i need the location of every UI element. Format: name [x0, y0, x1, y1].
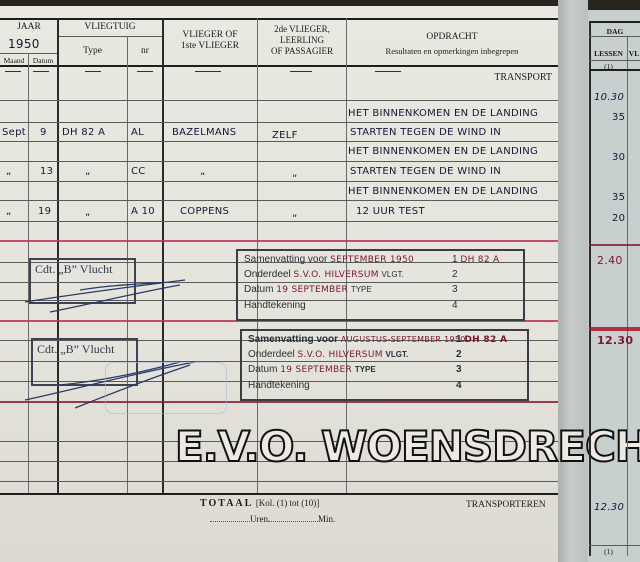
lessen-value: 35 [612, 112, 625, 123]
dash [195, 71, 221, 72]
entry-type: DH 82 A [62, 127, 105, 138]
type-label: Type [58, 46, 127, 57]
book-gutter [558, 0, 588, 562]
datum-label: Datum [29, 55, 57, 66]
opdracht-sublabel: Resultaten en opmerkingen inbegrepen [347, 46, 557, 57]
entry-datum: 9 [40, 127, 47, 138]
opdracht-label: OPDRACHT [347, 32, 557, 43]
col-divider [57, 18, 59, 493]
woensdrecht-banner: E.V.O. WOENSDRECHT. [175, 422, 640, 471]
entry-type: „ [85, 207, 90, 218]
vlieger-label: VLIEGER OF1ste VLIEGER [163, 30, 257, 52]
transport-value: 10.30 [594, 92, 624, 103]
header-bottom-rule [0, 65, 558, 67]
row-rule [0, 141, 558, 142]
entry-opdracht: HET BINNENKOMEN EN DE LANDING [348, 146, 538, 157]
red-rule [589, 244, 640, 246]
dash [375, 71, 401, 72]
dash [33, 71, 49, 72]
header-top-rule [0, 18, 558, 20]
row-rule [0, 122, 558, 123]
dag-label: DAG [590, 26, 640, 37]
entry-maand: „ [6, 206, 11, 217]
transporteren-value: 12.30 [594, 502, 624, 513]
summary-stamp-1: Samenvatting voor SEPTEMBER 1950 Onderde… [236, 249, 525, 321]
dash [137, 71, 153, 72]
row-rule [0, 161, 558, 162]
entry-maand: Sept [2, 127, 26, 138]
right-col-divider [627, 36, 628, 556]
total-rule [0, 493, 558, 495]
jaar-sub-rule [0, 53, 58, 54]
entry-vlieger: BAZELMANS [172, 127, 236, 138]
row-rule [0, 200, 558, 201]
maand-label: Maand [0, 55, 28, 66]
subtotal-value: 2.40 [597, 254, 623, 267]
entry-nr: AL [131, 127, 144, 138]
lessen-value: 20 [612, 213, 625, 224]
jaar-label: JAAR [0, 22, 58, 33]
row-rule [0, 221, 558, 222]
entry-opdracht: STARTEN TEGEN DE WIND IN [350, 166, 501, 177]
transporteren-label: TRANSPORTEREN [466, 500, 546, 510]
red-rule [589, 327, 640, 331]
entry-datum: 19 [38, 206, 51, 217]
vliegtuig-sub-rule [58, 36, 163, 37]
lessen-label: LESSEN [590, 48, 627, 59]
entry-vlieger: „ [200, 166, 205, 177]
dash [85, 71, 101, 72]
right-col-border [589, 21, 591, 556]
entry-type: „ [85, 166, 90, 177]
entry-tweede: „ [292, 168, 297, 179]
nr-label: nr [128, 46, 162, 57]
col-number: (1) [590, 61, 627, 72]
right-top-rule [589, 21, 640, 23]
row-rule [0, 100, 558, 101]
totaal-line: TOTAAL [Kol. (1) tot (10)] [200, 498, 319, 509]
entry-opdracht: HET BINNENKOMEN EN DE LANDING [348, 186, 538, 197]
subtotal-value: 12.30 [597, 334, 633, 347]
entry-tweede: ZELF [272, 130, 298, 141]
signature-scribble [20, 270, 190, 320]
transport-label: TRANSPORT [460, 72, 552, 83]
entry-opdracht: HET BINNENKOMEN EN DE LANDING [348, 108, 538, 119]
vliegtuig-label: VLIEGTUIG [58, 22, 162, 33]
tweede-vlieger-label: 2de VLIEGER,LEERLINGOF PASSAGIER [258, 24, 346, 57]
entry-maand: „ [6, 166, 11, 177]
entry-nr: A 10 [131, 206, 155, 217]
entry-tweede: „ [292, 208, 297, 219]
col-divider [162, 18, 164, 493]
vl-label: VL [628, 48, 640, 59]
summary-stamp-2: Samenvatting voor AUGUSTUS-SEPTEMBER 195… [240, 329, 529, 401]
entry-opdracht: 12 UUR TEST [356, 206, 425, 217]
red-rule [0, 240, 558, 242]
entry-vlieger: COPPENS [180, 206, 229, 217]
row-rule [0, 181, 558, 182]
jaar-value: 1950 [8, 37, 40, 51]
uren-min-line: UrenMin. [210, 514, 335, 524]
entry-opdracht: STARTEN TEGEN DE WIND IN [350, 127, 501, 138]
entry-datum: 13 [40, 166, 53, 177]
lessen-value: 30 [612, 152, 625, 163]
faded-blue-stamp [105, 362, 227, 414]
row-rule [0, 481, 558, 482]
footer-col-number: (1) [590, 546, 627, 557]
dash [5, 71, 21, 72]
dash [290, 71, 312, 72]
entry-nr: CC [131, 166, 146, 177]
lessen-value: 35 [612, 192, 625, 203]
